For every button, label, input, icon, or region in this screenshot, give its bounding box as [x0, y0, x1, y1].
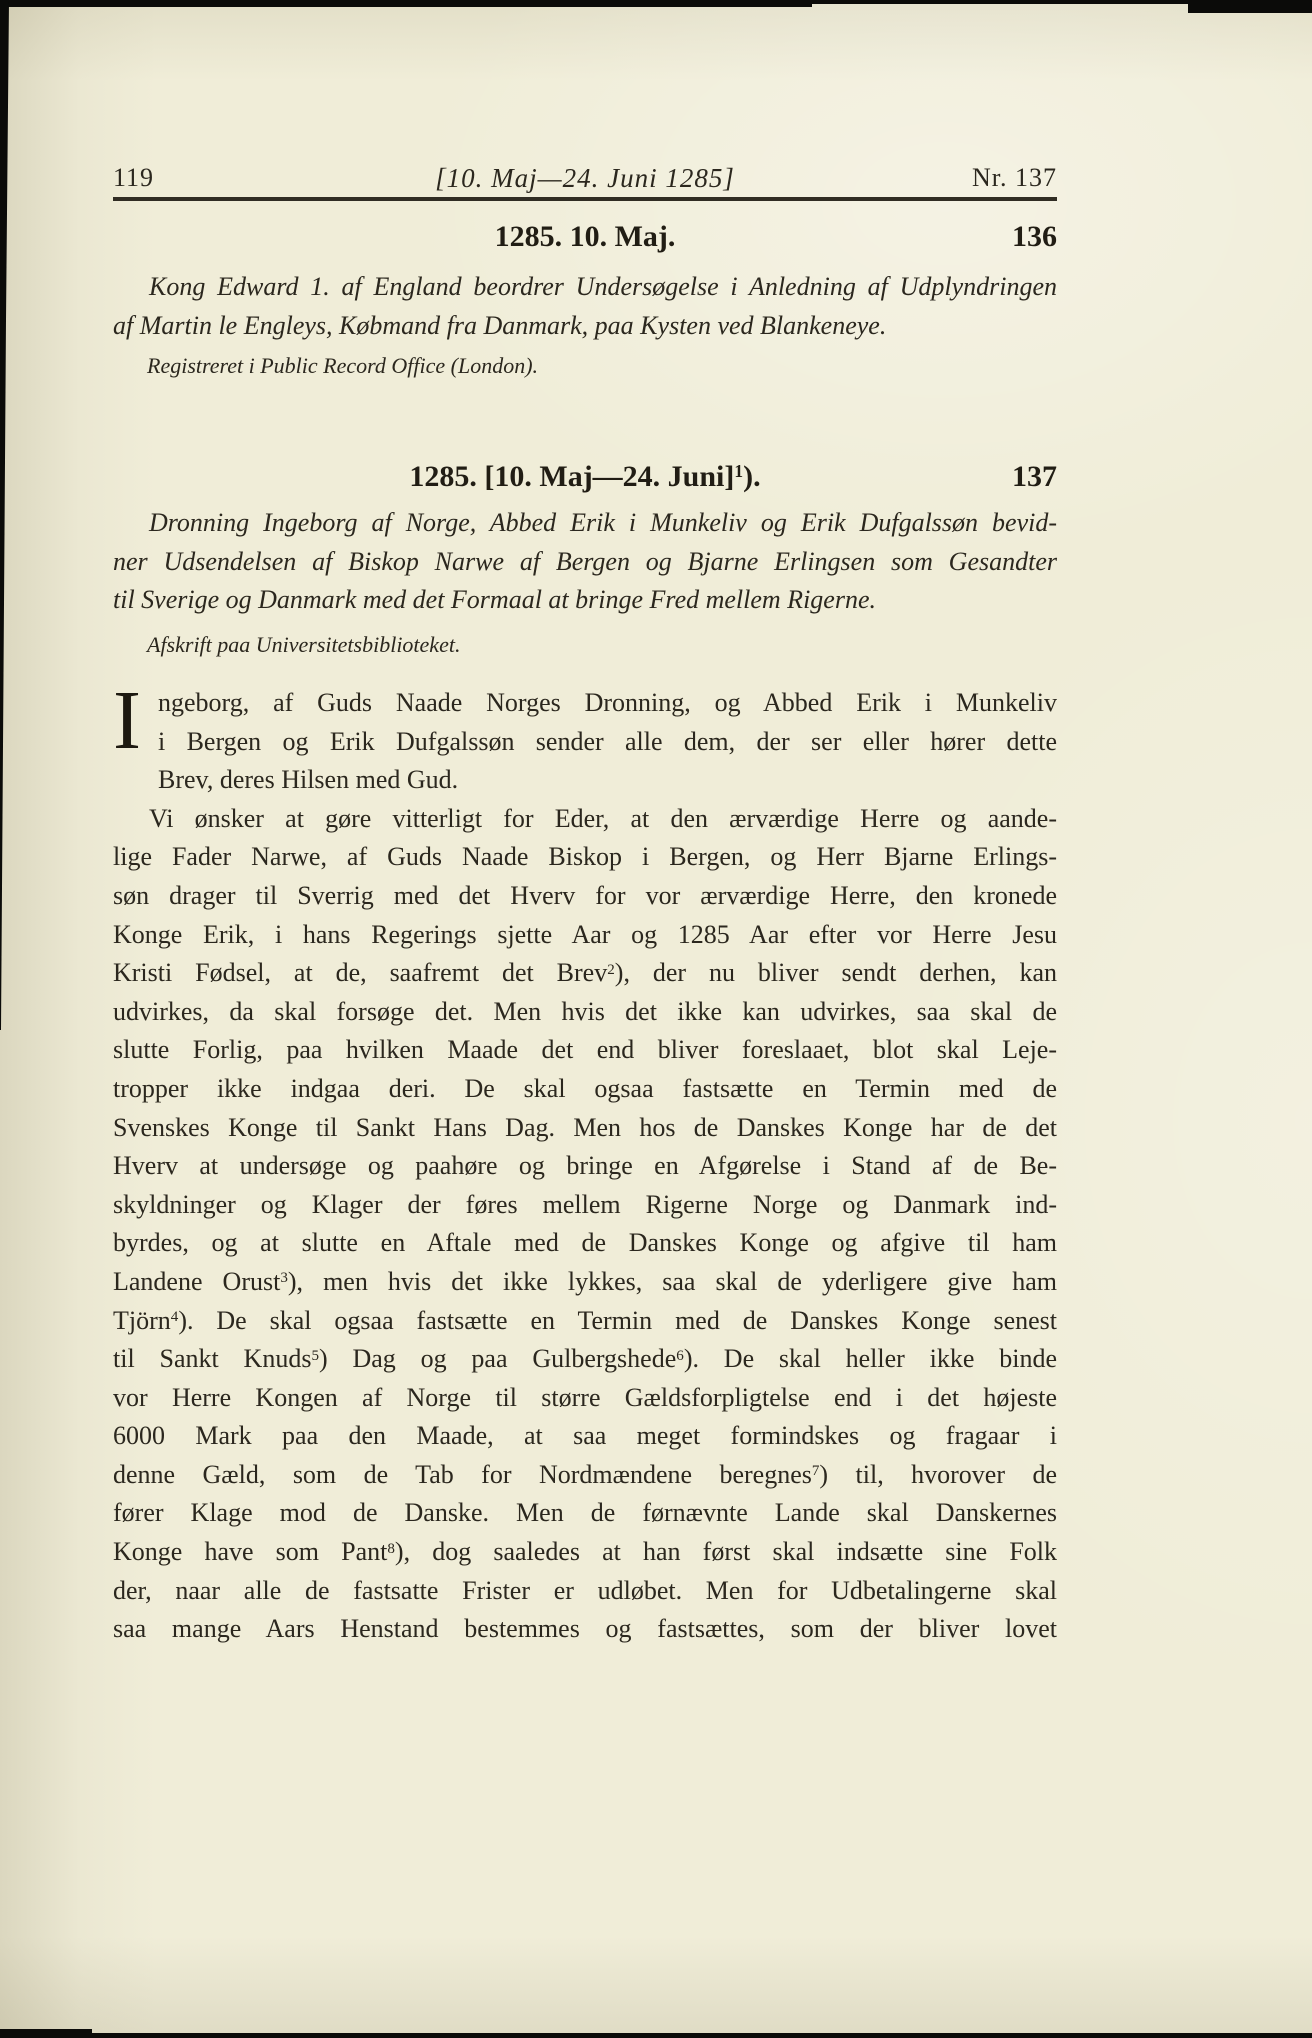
scan-artifact-top-bar-left [0, 0, 812, 7]
text-line: Kong Edward 1. af England beordrer Under… [113, 268, 1057, 307]
header-rule [113, 197, 1057, 201]
running-header-entry-ref: Nr. 137 [972, 160, 1057, 196]
text-line: Tjörn4). De skal ogsaa fastsætte en Term… [113, 1302, 1057, 1341]
text-line: Konge Erik, i hans Regerings sjette Aar … [113, 916, 1057, 955]
text-line: Kristi Fødsel, at de, saafremt det Brev2… [113, 954, 1057, 993]
entry-137-number: 137 [1012, 457, 1057, 497]
text-line: ngeborg, af Guds Naade Norges Dronning, … [113, 684, 1057, 723]
text-line: Konge have som Pant8), dog saaledes at h… [113, 1533, 1057, 1572]
scan-artifact-bottom-bar-left [0, 2029, 92, 2038]
text-line: Dronning Ingeborg af Norge, Abbed Erik i… [113, 504, 1057, 543]
text-line: til Sankt Knuds5) Dag og paa Gulbergshed… [113, 1340, 1057, 1379]
entry-136-number: 136 [1012, 217, 1057, 257]
text-line: ner Udsendelsen af Biskop Narwe af Berge… [113, 543, 1057, 582]
text-line: til Sverige og Danmark med det Formaal a… [113, 581, 1057, 620]
scan-artifact-left-edge [0, 0, 12, 1030]
scan-artifact-top-bar-right [1188, 0, 1312, 13]
text-line: Hverv at undersøge og paahøre og bringe … [113, 1147, 1057, 1186]
text-line: slutte Forlig, paa hvilken Maade det end… [113, 1031, 1057, 1070]
text-line: fører Klage mod de Danske. Men de førnæv… [113, 1494, 1057, 1533]
entry-137-source-note: Afskrift paa Universitetsbiblioteket. [113, 630, 1057, 660]
text-line: saa mange Aars Henstand bestemmes og fas… [113, 1610, 1057, 1649]
text-line: Brev, deres Hilsen med Gud. [113, 761, 1057, 800]
entry-136-summary: Kong Edward 1. af England beordrer Under… [113, 268, 1057, 345]
text-line: af Martin le Engleys, Købmand fra Danmar… [113, 307, 1057, 346]
text-line: skyldninger og Klager der føres mellem R… [113, 1186, 1057, 1225]
body-paragraph-1: ngeborg, af Guds Naade Norges Dronning, … [113, 684, 1057, 800]
text-line: denne Gæld, som de Tab for Nordmændene b… [113, 1456, 1057, 1495]
text-line: byrdes, og at slutte en Aftale med de Da… [113, 1224, 1057, 1263]
text-line: tropper ikke indgaa deri. De skal ogsaa … [113, 1070, 1057, 1109]
scanned-book-page: 119 [10. Maj—24. Juni 1285] Nr. 137 1285… [0, 0, 1312, 2038]
text-line: lige Fader Narwe, af Guds Naade Biskop i… [113, 838, 1057, 877]
text-line: søn drager til Sverrig med det Hverv for… [113, 877, 1057, 916]
text-line: Landene Orust3), men hvis det ikke lykke… [113, 1263, 1057, 1302]
running-header: 119 [10. Maj—24. Juni 1285] Nr. 137 [113, 160, 1057, 196]
entry-137-body-text: I ngeborg, af Guds Naade Norges Dronning… [113, 684, 1057, 1649]
entry-136-source-note: Registreret i Public Record Office (Lond… [113, 351, 1057, 381]
running-header-date-range: [10. Maj—24. Juni 1285] [113, 160, 1057, 196]
text-line: der, naar alle de fastsatte Frister er u… [113, 1572, 1057, 1611]
entry-137-date-heading: 1285. [10. Maj—24. Juni]1). [113, 457, 1057, 497]
text-line: vor Herre Kongen af Norge til større Gæl… [113, 1379, 1057, 1418]
drop-cap-initial: I [113, 686, 150, 762]
entry-136-date-heading: 1285. 10. Maj. [113, 217, 1057, 257]
entry-136-heading-row: 1285. 10. Maj. 136 [113, 217, 1057, 257]
text-line: 6000 Mark paa den Maade, at saa meget fo… [113, 1417, 1057, 1456]
text-line: Svenskes Konge til Sankt Hans Dag. Men h… [113, 1109, 1057, 1148]
text-line: udvirkes, da skal forsøge det. Men hvis … [113, 993, 1057, 1032]
text-line: i Bergen og Erik Dufgalssøn sender alle … [113, 723, 1057, 762]
text-line: Vi ønsker at gøre vitterligt for Eder, a… [113, 800, 1057, 839]
entry-137-heading-row: 1285. [10. Maj—24. Juni]1). 137 [113, 457, 1057, 497]
body-paragraph-2: Vi ønsker at gøre vitterligt for Eder, a… [113, 800, 1057, 1649]
scan-artifact-bottom-bar [0, 2033, 1312, 2038]
entry-137-summary: Dronning Ingeborg af Norge, Abbed Erik i… [113, 504, 1057, 620]
